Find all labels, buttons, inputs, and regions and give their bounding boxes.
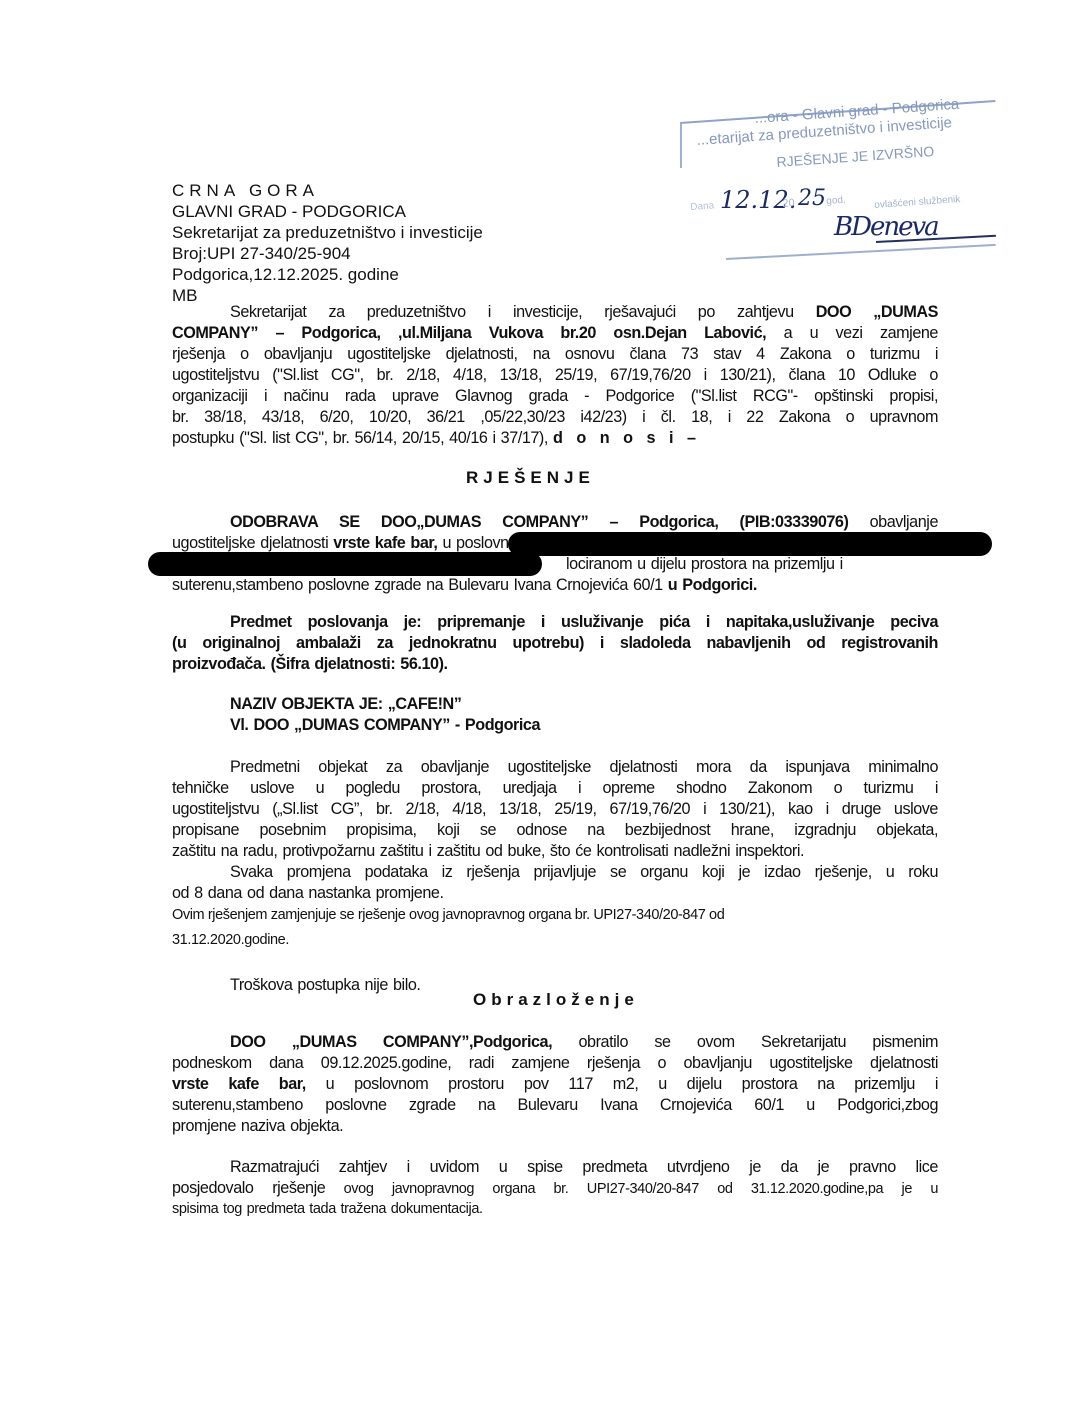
- stamp-year-prefix: 20: [782, 197, 795, 210]
- redaction-bar-2: [148, 552, 542, 576]
- changes-line-2: od 8 dana od dana nastanka promjene.: [172, 883, 938, 904]
- redaction-bar-1: [508, 532, 992, 556]
- intro-line-4: ugostiteljstvu ("Sl.list CG", br. 2/18, …: [172, 365, 938, 386]
- document-page: ...ora - Glavni grad - Podgorica ...etar…: [0, 0, 1088, 1408]
- reasoning-p1-line-5: promjene naziva objekta.: [172, 1116, 938, 1137]
- stamp-year-suffix: god.: [826, 195, 846, 207]
- requirements-line-3: ugostiteljstvu („Sl.list CG”, br. 2/18, …: [172, 799, 938, 820]
- reasoning-p1-line-3: vrste kafe bar, u poslovnom prostoru pov…: [172, 1074, 938, 1095]
- requirements-line-4: propisane posebnim propisima, koji se od…: [172, 820, 938, 841]
- replacement-line-1: Ovim rješenjem zamjenjuje se rješenje ov…: [172, 905, 724, 925]
- object-owner-line: Vl. DOO „DUMAS COMPANY” - Podgorica: [172, 715, 938, 736]
- intro-line-3: rješenja o obavljanju ugostiteljske djel…: [172, 344, 938, 365]
- reasoning-p1-line-4: suterenu,stambeno poslovne zgrade na Bul…: [172, 1095, 938, 1116]
- object-name-line: NAZIV OBJEKTA JE: „CAFE!N”: [172, 694, 938, 715]
- intro-line-1: Sekretarijat za preduzetništvo i investi…: [172, 302, 938, 323]
- requirements-line-1: Predmetni objekat za obavljanje ugostite…: [172, 757, 938, 778]
- business-paragraph: Predmet poslovanja je: pripremanje i usl…: [172, 612, 938, 675]
- intro-line-2: COMPANY” – Podgorica, ,ul.Miljana Vukova…: [172, 323, 938, 344]
- stamp-line-3: RJEŠENJE JE IZVRŠNO: [776, 143, 935, 170]
- decision-line-4: suterenu,stambeno poslovne zgrade na Bul…: [172, 575, 938, 596]
- business-line-3: proizvođača. (Šifra djelatnosti: 56.10).: [172, 654, 938, 675]
- decision-line-1: ODOBRAVA SE DOO„DUMAS COMPANY” – Podgori…: [172, 512, 938, 533]
- reasoning-p2-line-2: posjedovalo rješenje ovog javnopravnog o…: [172, 1178, 938, 1199]
- intro-line-5: organizaciji i načinu rada uprave Glavno…: [172, 386, 938, 407]
- reasoning-p1-line-1: DOO „DUMAS COMPANY”,Podgorica, obratilo …: [172, 1032, 938, 1053]
- reasoning-paragraph-1: DOO „DUMAS COMPANY”,Podgorica, obratilo …: [172, 1032, 938, 1137]
- header-city: GLAVNI GRAD - PODGORICA: [172, 201, 406, 222]
- stamp-official-label: ovlašćeni službenik: [874, 194, 961, 211]
- changes-line-1: Svaka promjena podataka iz rješenja prij…: [172, 862, 938, 883]
- header-place-date: Podgorica,12.12.2025. godine: [172, 264, 399, 285]
- stamp-border-left: [680, 124, 682, 168]
- intro-paragraph: Sekretarijat za preduzetništvo i investi…: [172, 302, 938, 449]
- reasoning-paragraph-2: Razmatrajući zahtjev i uvidom u spise pr…: [172, 1157, 938, 1220]
- stamp-signature: BDeneva: [834, 212, 938, 242]
- header-number: Broj:UPI 27-340/25-904: [172, 243, 351, 264]
- stamp-date-label: Dana: [690, 200, 715, 213]
- enforcement-stamp: ...ora - Glavni grad - Podgorica ...etar…: [676, 108, 996, 248]
- requirements-line-5: zaštitu na radu, protivpožarnu zaštitu i…: [172, 841, 938, 862]
- decision-title: RJEŠENJE: [466, 468, 595, 488]
- reasoning-title: Obrazloženje: [473, 990, 639, 1010]
- stamp-border-bottom: [726, 244, 996, 260]
- changes-paragraph: Svaka promjena podataka iz rješenja prij…: [172, 862, 938, 904]
- header-country: CRNA GORA: [172, 180, 319, 201]
- stamp-year-handwritten: 25: [798, 186, 826, 211]
- requirements-paragraph: Predmetni objekat za obavljanje ugostite…: [172, 757, 938, 862]
- intro-line-6: br. 38/18, 43/18, 6/20, 10/20, 36/21 ,05…: [172, 407, 938, 428]
- intro-line-7: postupku ("Sl. list CG", br. 56/14, 20/1…: [172, 428, 938, 449]
- header-department: Sekretarijat za preduzetništvo i investi…: [172, 222, 483, 243]
- reasoning-p1-line-2: podneskom dana 09.12.2025.godine, radi z…: [172, 1053, 938, 1074]
- reasoning-p2-line-1: Razmatrajući zahtjev i uvidom u spise pr…: [172, 1157, 938, 1178]
- business-line-1: Predmet poslovanja je: pripremanje i usl…: [172, 612, 938, 633]
- replacement-line-2: 31.12.2020.godine.: [172, 930, 289, 950]
- requirements-line-2: tehničke uslove u pogledu prostora, ured…: [172, 778, 938, 799]
- business-line-2: (u originalnoj ambalaži za jednokratnu u…: [172, 633, 938, 654]
- object-block: NAZIV OBJEKTA JE: „CAFE!N” Vl. DOO „DUMA…: [172, 694, 938, 736]
- reasoning-p2-line-3: spisima tog predmeta tada tražena dokume…: [172, 1199, 938, 1220]
